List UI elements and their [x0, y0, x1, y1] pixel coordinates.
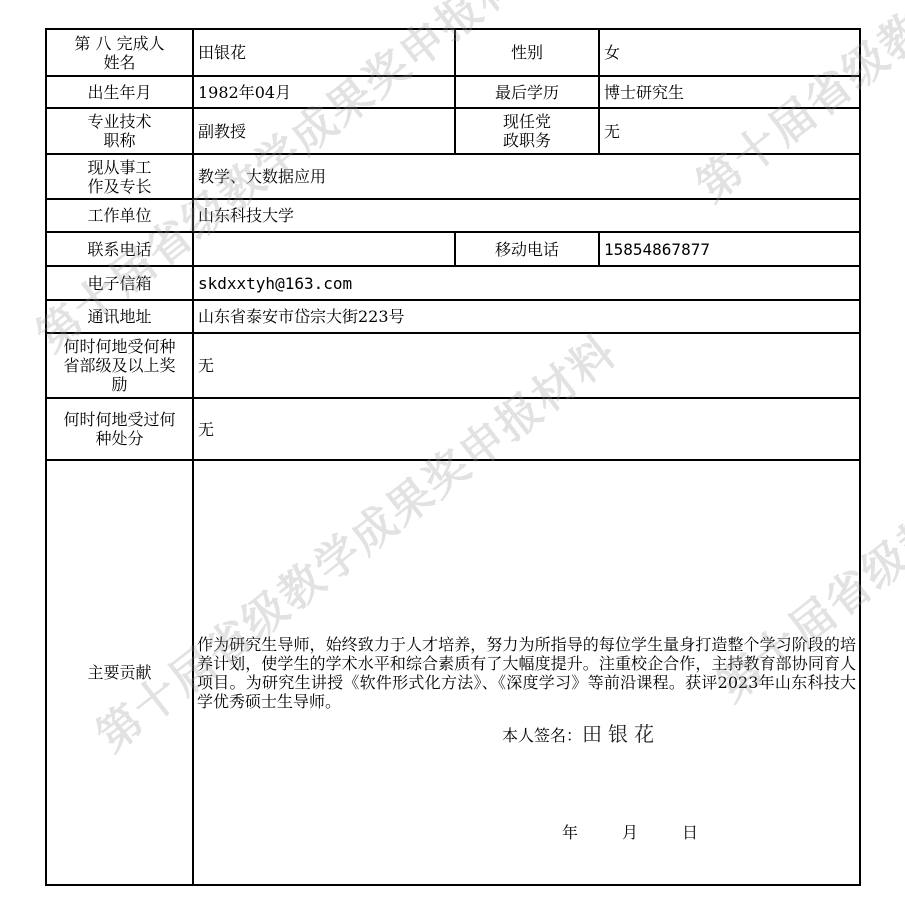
value-awards: 无: [193, 333, 860, 398]
date-year: 年: [562, 823, 622, 842]
value-education: 博士研究生: [599, 76, 860, 108]
label-name: 第 八 完成人姓名: [46, 29, 193, 76]
row-awards: 何时何地受何种省部级及以上奖励 无: [46, 333, 860, 398]
label-specialty: 现从事工作及专长: [46, 154, 193, 199]
row-phone: 联系电话 移动电话 15854867877: [46, 232, 860, 266]
row-email: 电子信箱 skdxxtyh@163.com: [46, 266, 860, 300]
date-day: 日: [682, 823, 742, 842]
value-title: 副教授: [193, 108, 455, 154]
signature-date: 年月日: [562, 823, 742, 842]
label-mobile: 移动电话: [455, 232, 599, 266]
value-email: skdxxtyh@163.com: [193, 266, 860, 300]
row-birth: 出生年月 1982年04月 最后学历 博士研究生: [46, 76, 860, 108]
label-contribution: 主要贡献: [46, 460, 193, 885]
value-mobile: 15854867877: [599, 232, 860, 266]
label-gender: 性别: [455, 29, 599, 76]
date-month: 月: [622, 823, 682, 842]
value-address: 山东省泰安市岱宗大街223号: [193, 300, 860, 333]
row-penalties: 何时何地受过何种处分 无: [46, 398, 860, 460]
label-party-post: 现任党政职务: [455, 108, 599, 154]
label-employer: 工作单位: [46, 199, 193, 232]
label-awards: 何时何地受何种省部级及以上奖励: [46, 333, 193, 398]
value-name: 田银花: [193, 29, 455, 76]
row-name: 第 八 完成人姓名 田银花 性别 女: [46, 29, 860, 76]
label-email: 电子信箱: [46, 266, 193, 300]
signature-block: 本人签名：田银花: [502, 725, 660, 745]
row-address: 通讯地址 山东省泰安市岱宗大街223号: [46, 300, 860, 333]
row-employer: 工作单位 山东科技大学: [46, 199, 860, 232]
value-employer: 山东科技大学: [193, 199, 860, 232]
value-gender: 女: [599, 29, 860, 76]
value-contribution: 作为研究生导师，始终致力于人才培养，努力为所指导的每位学生量身打造整个学习阶段的…: [193, 460, 860, 885]
label-phone: 联系电话: [46, 232, 193, 266]
value-penalties: 无: [193, 398, 860, 460]
signature-label: 本人签名：: [502, 726, 582, 745]
label-address: 通讯地址: [46, 300, 193, 333]
row-contribution: 主要贡献 作为研究生导师，始终致力于人才培养，努力为所指导的每位学生量身打造整个…: [46, 460, 860, 885]
label-education: 最后学历: [455, 76, 599, 108]
applicant-info-table: 第 八 完成人姓名 田银花 性别 女 出生年月 1982年04月 最后学历 博士…: [45, 28, 861, 886]
value-phone: [193, 232, 455, 266]
value-party-post: 无: [599, 108, 860, 154]
value-birth: 1982年04月: [193, 76, 455, 108]
label-penalties: 何时何地受过何种处分: [46, 398, 193, 460]
contribution-text: 作为研究生导师，始终致力于人才培养，努力为所指导的每位学生量身打造整个学习阶段的…: [197, 635, 856, 711]
label-birth: 出生年月: [46, 76, 193, 108]
row-title: 专业技术职称 副教授 现任党政职务 无: [46, 108, 860, 154]
label-title: 专业技术职称: [46, 108, 193, 154]
row-specialty: 现从事工作及专长 教学、大数据应用: [46, 154, 860, 199]
signature-name: 田银花: [582, 722, 660, 746]
value-specialty: 教学、大数据应用: [193, 154, 860, 199]
